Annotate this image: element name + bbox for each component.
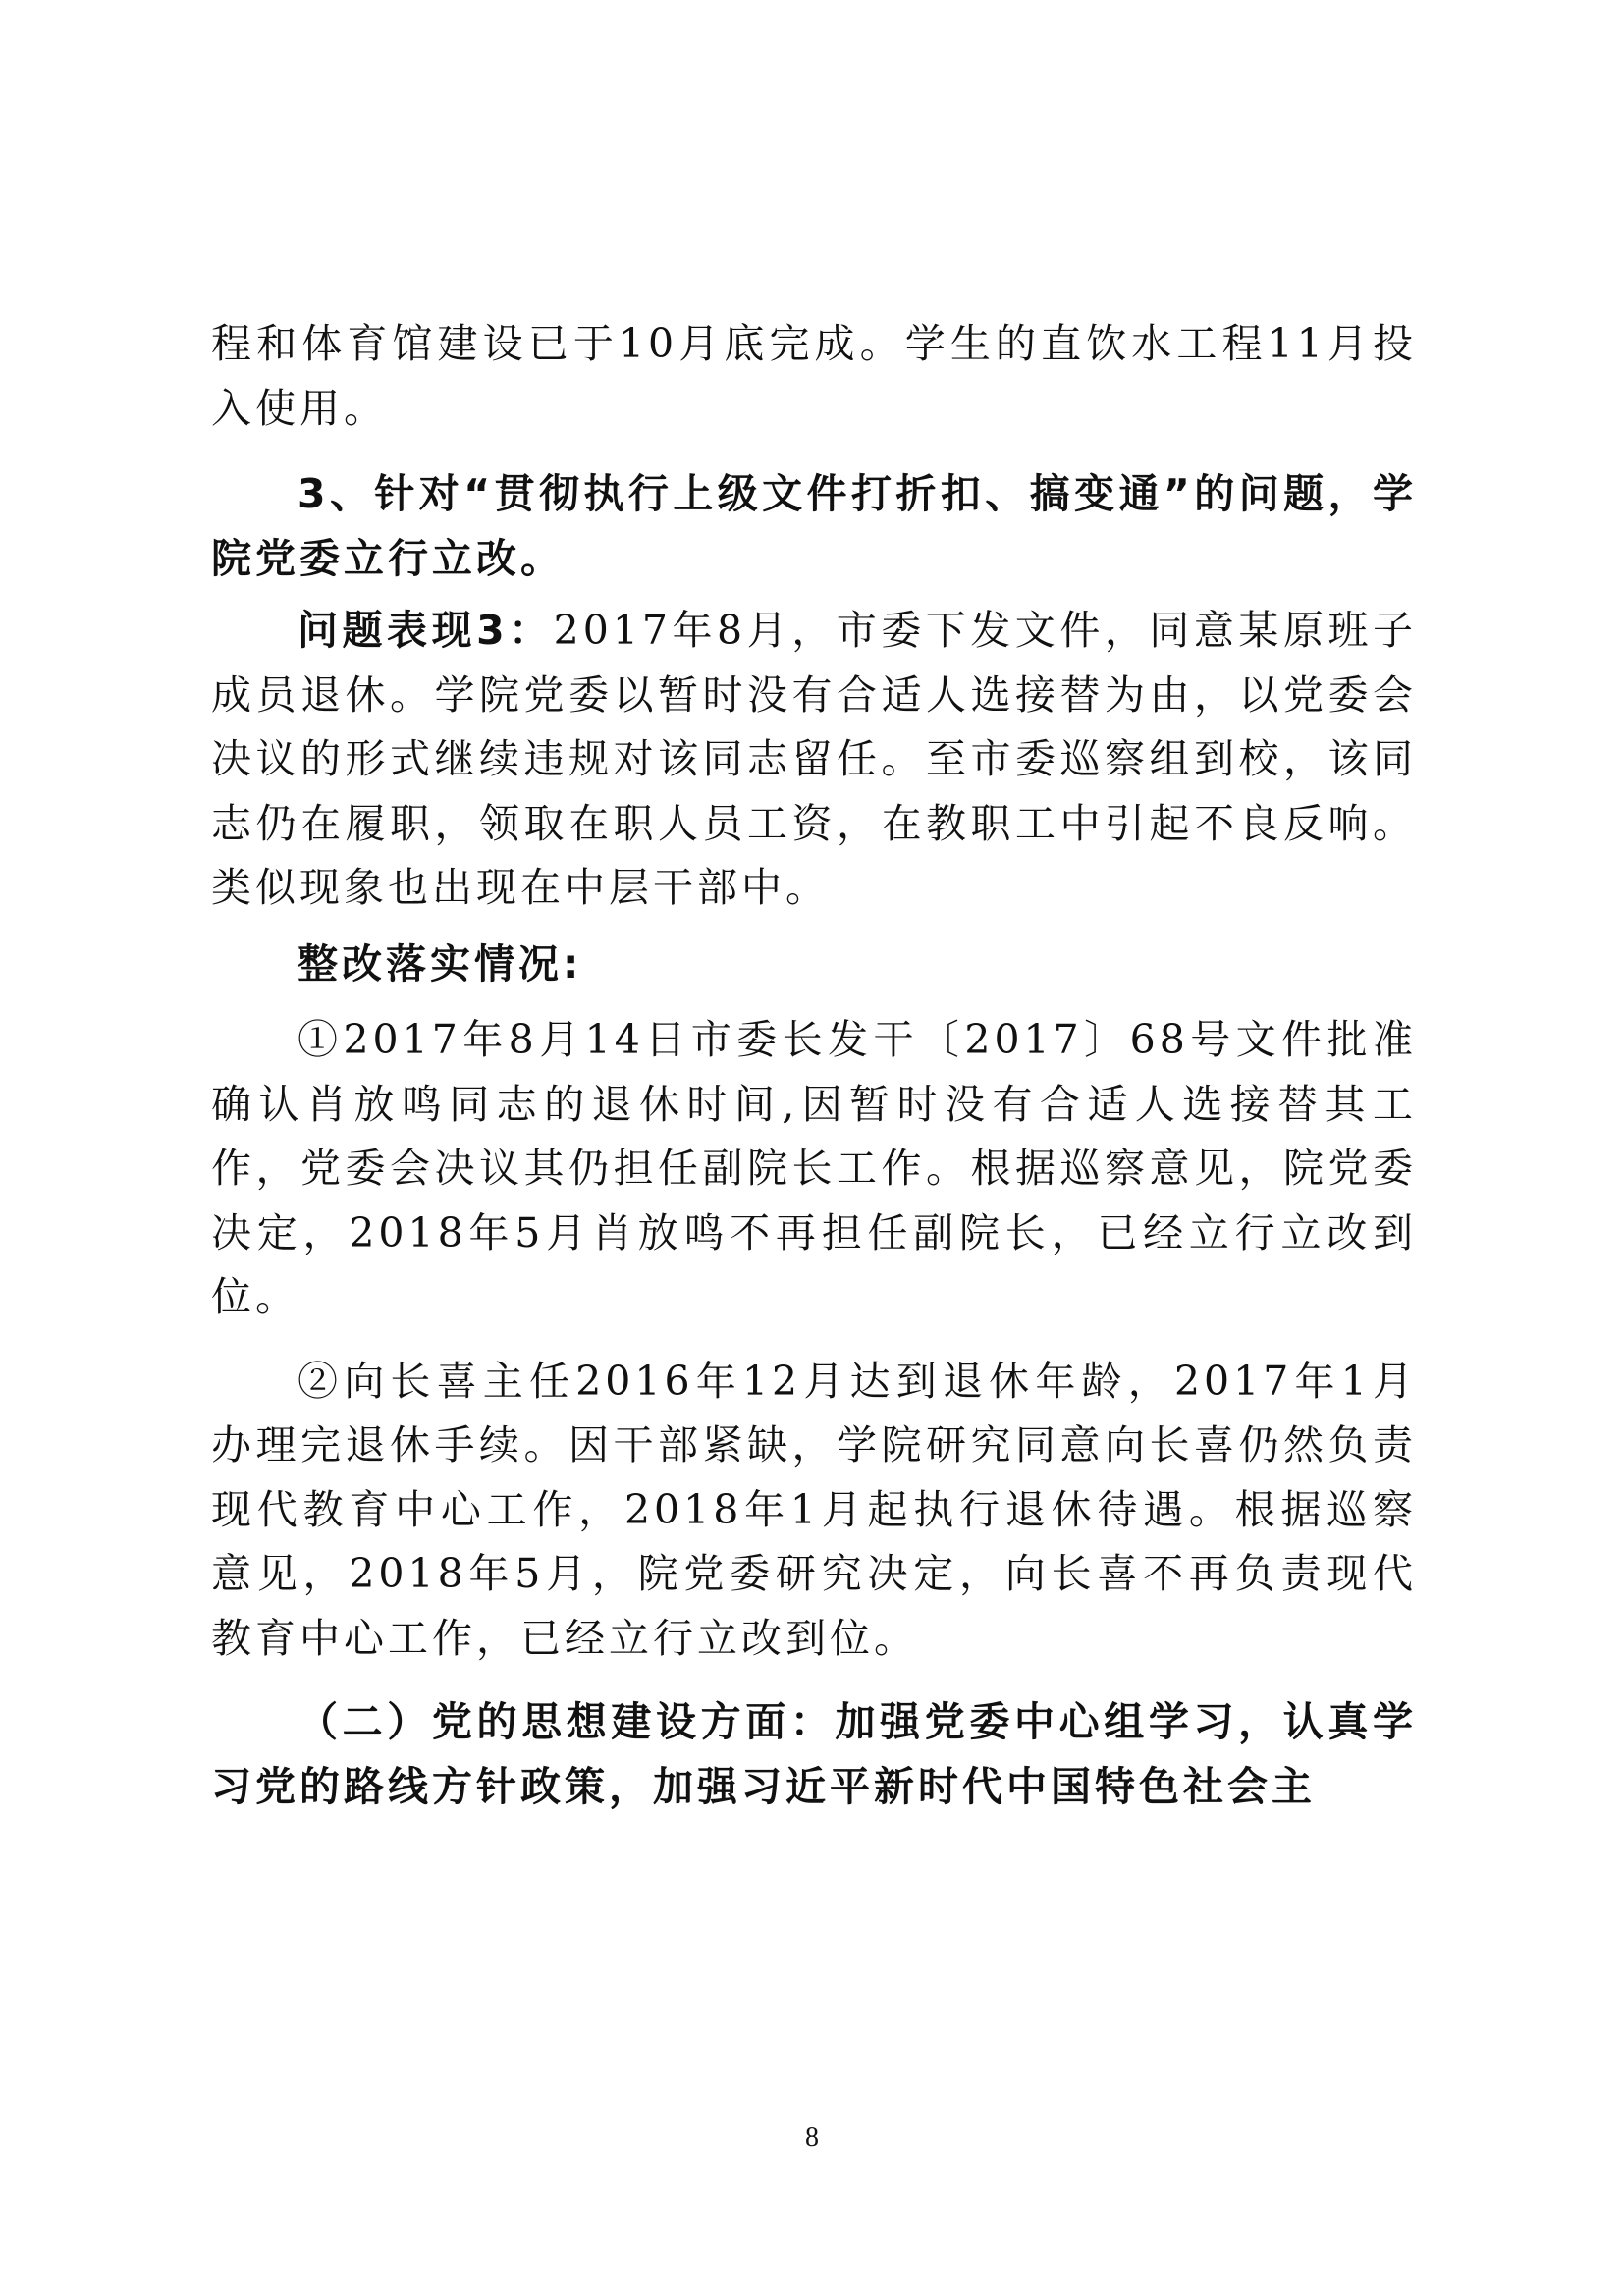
rectification-heading: 整改落实情况:	[298, 940, 582, 988]
document-body: 程和体育馆建设已于10月底完成。学生的直饮水工程11月投入使用。 3、针对“贯彻…	[211, 312, 1417, 1819]
rectification-label: 整改落实情况:	[211, 933, 1417, 997]
section-heading-3: 3、针对“贯彻执行上级文件打折扣、搞变通”的问题，学院党委立行立改。	[211, 462, 1417, 591]
page-number: 8	[0, 2122, 1624, 2154]
section-heading-2: （二）党的思想建设方面：加强党委中心组学习，认真学习党的路线方针政策，加强习近平…	[211, 1690, 1417, 1819]
problem-statement-3: 问题表现3：2017年8月，市委下发文件，同意某原班子成员退休。学院党委以暂时没…	[211, 599, 1417, 921]
problem-label: 问题表现3：	[298, 607, 554, 654]
paragraph-continuation: 程和体育馆建设已于10月底完成。学生的直饮水工程11月投入使用。	[211, 312, 1417, 441]
rectification-item-1: ①2017年8月14日市委长发干〔2017〕68号文件批准确认肖放鸣同志的退休时…	[211, 1008, 1417, 1330]
document-page: 程和体育馆建设已于10月底完成。学生的直饮水工程11月投入使用。 3、针对“贯彻…	[0, 0, 1624, 2296]
rectification-item-2: ②向长喜主任2016年12月达到退休年龄，2017年1月办理完退休手续。因干部紧…	[211, 1350, 1417, 1672]
